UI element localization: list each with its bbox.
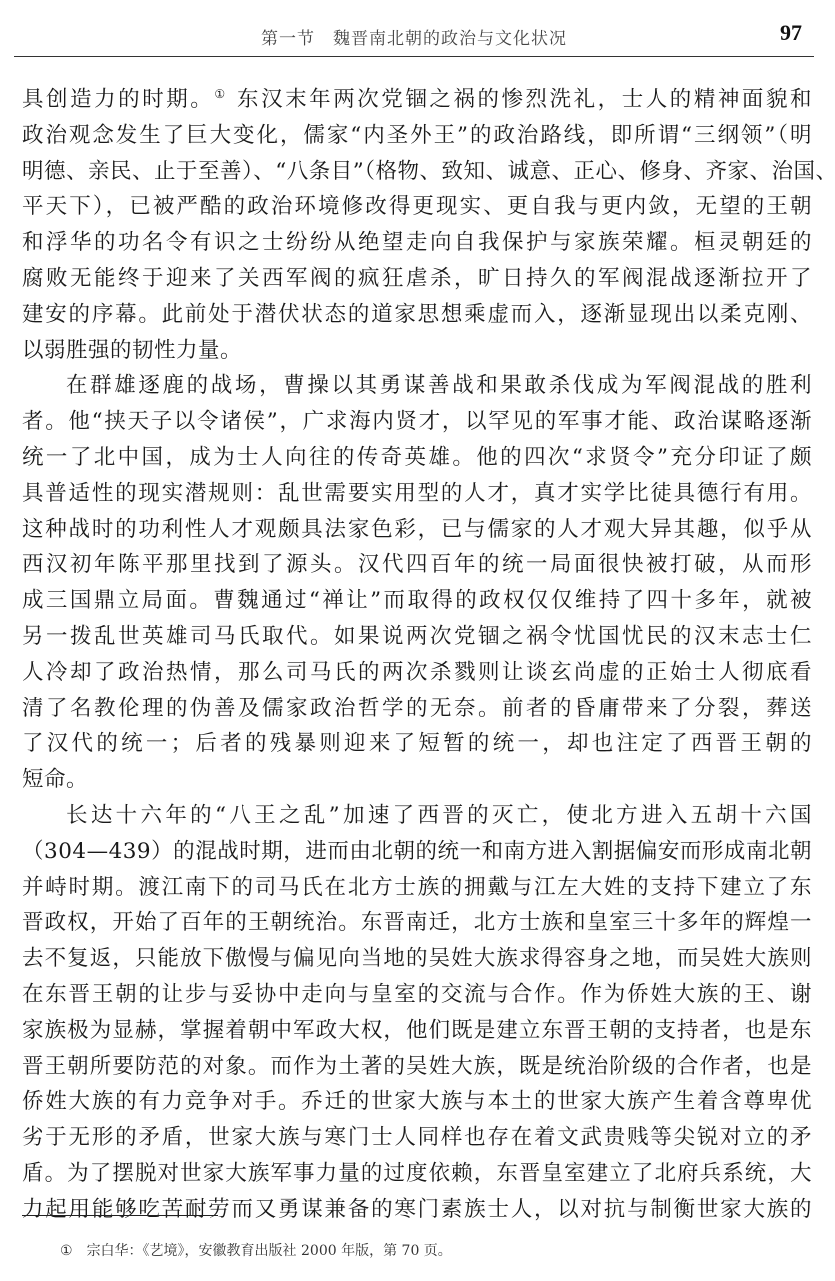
- text-line: 政治观念发生了巨大变化，儒家“内圣外王”的政治路线，即所谓“三纲领”（明: [22, 118, 812, 154]
- text-line: 腐败无能终于迎来了关西军阀的疯狂虐杀，旷日持久的军阀混战逐渐拉开了: [22, 261, 812, 297]
- text-line: 晋政权，开始了百年的王朝统治。东晋南迁，北方士族和皇室三十多年的辉煌一: [22, 905, 812, 941]
- text-line: 晋王朝所要防范的对象。而作为土著的吴姓大族，既是统治阶级的合作者，也是: [22, 1049, 812, 1085]
- text-line: 这种战时的功利性人才观颇具法家色彩，已与儒家的人才观大异其趣，似乎从: [22, 512, 812, 548]
- footnote: ①宗白华：《艺境》，安徽教育出版社 2000 年版，第 70 页。: [60, 1240, 452, 1260]
- text-span: 具创造力的时期。: [22, 87, 214, 112]
- text-line: 盾。为了摆脱对世家大族军事力量的过度依赖，东晋皇室建立了北府兵系统，大: [22, 1156, 812, 1192]
- text-line: 家族极为显赫，掌握着朝中军政大权，他们既是建立东晋王朝的支持者，也是东: [22, 1013, 812, 1049]
- text-line: 西汉初年陈平那里找到了源头。汉代四百年的统一局面很快被打破，从而形: [22, 547, 812, 583]
- text-line: 平天下），已被严酷的政治环境修改得更现实、更自我与更内敛，无望的王朝: [22, 189, 812, 225]
- body-text: 具创造力的时期。① 东汉末年两次党锢之祸的惨烈洗礼，士人的精神面貌和 政治观念发…: [22, 82, 812, 1228]
- text-span: 东汉末年两次党锢之祸的惨烈洗礼，士人的精神面貌和: [228, 87, 812, 112]
- text-line: 清了名教伦理的伪善及儒家政治哲学的无奈。前者的昏庸带来了分裂，葬送: [22, 691, 812, 727]
- text-line: 具创造力的时期。① 东汉末年两次党锢之祸的惨烈洗礼，士人的精神面貌和: [22, 82, 812, 118]
- text-line: 者。他“挟天子以令诸侯”，广求海内贤才，以罕见的军事才能、政治谋略逐渐: [22, 404, 812, 440]
- text-line: 短命。: [22, 762, 812, 798]
- text-line: 成三国鼎立局面。曹魏通过“禅让”而取得的政权仅仅维持了四十多年，就被: [22, 583, 812, 619]
- text-line: 和浮华的功名令有识之士纷纷从绝望走向自我保护与家族荣耀。桓灵朝廷的: [22, 225, 812, 261]
- paragraph-start-line: 在群雄逐鹿的战场，曹操以其勇谋善战和果敢杀伐成为军阀混战的胜利: [22, 368, 812, 404]
- running-header: 第一节 魏晋南北朝的政治与文化状况 97: [14, 18, 814, 57]
- text-line: 并峙时期。渡江南下的司马氏在北方士族的拥戴与江左大姓的支持下建立了东: [22, 870, 812, 906]
- text-line: 人冷却了政治热情，那么司马氏的两次杀戮则让谈玄尚虚的正始士人彻底看: [22, 655, 812, 691]
- text-line: 侨姓大族的有力竞争对手。乔迁的世家大族与本土的世家大族产生着含尊卑优: [22, 1084, 812, 1120]
- text-line: （304—439）的混战时期，进而由北朝的统一和南方进入割据偏安而形成南北朝: [22, 834, 812, 870]
- text-line: 建安的序幕。此前处于潜伏状态的道家思想乘虚而入，逐渐显现出以柔克刚、: [22, 297, 812, 333]
- text-line: 明德、亲民、止于至善）、“八条目”（格物、致知、诚意、正心、修身、齐家、治国、: [22, 154, 812, 190]
- text-line: 劣于无形的矛盾，世家大族与寒门士人同样也存在着文武贵贱等尖锐对立的矛: [22, 1120, 812, 1156]
- paragraph-start-line: 长达十六年的“八王之乱”加速了西晋的灭亡，使北方进入五胡十六国: [22, 798, 812, 834]
- footnote-marker: ①: [60, 1243, 73, 1259]
- text-line: 另一拨乱世英雄司马氏取代。如果说两次党锢之祸令忧国忧民的汉末志士仁: [22, 619, 812, 655]
- text-line: 具普适性的现实潜规则：乱世需要实用型的人才，真才实学比徒具德行有用。: [22, 476, 812, 512]
- text-line: 统一了北中国，成为士人向往的传奇英雄。他的四次“求贤令”充分印证了颇: [22, 440, 812, 476]
- text-line: 力起用能够吃苦耐劳而又勇谋兼备的寒门素族士人，以对抗与制衡世家大族的: [22, 1192, 812, 1228]
- footnote-text: 宗白华：《艺境》，安徽教育出版社 2000 年版，第 70 页。: [87, 1243, 452, 1259]
- text-line: 了汉代的统一；后者的残暴则迎来了短暂的统一，却也注定了西晋王朝的: [22, 726, 812, 762]
- footnote-reference[interactable]: ①: [214, 87, 227, 101]
- footnote-divider: [22, 1215, 218, 1216]
- text-line: 去不复返，只能放下傲慢与偏见向当地的吴姓大族求得容身之地，而吴姓大族则: [22, 941, 812, 977]
- chapter-section-title: 第一节 魏晋南北朝的政治与文化状况: [14, 24, 814, 49]
- page-number: 97: [780, 20, 802, 46]
- text-line: 以弱胜强的韧性力量。: [22, 333, 812, 369]
- text-line: 在东晋王朝的让步与妥协中走向与皇室的交流与合作。作为侨姓大族的王、谢: [22, 977, 812, 1013]
